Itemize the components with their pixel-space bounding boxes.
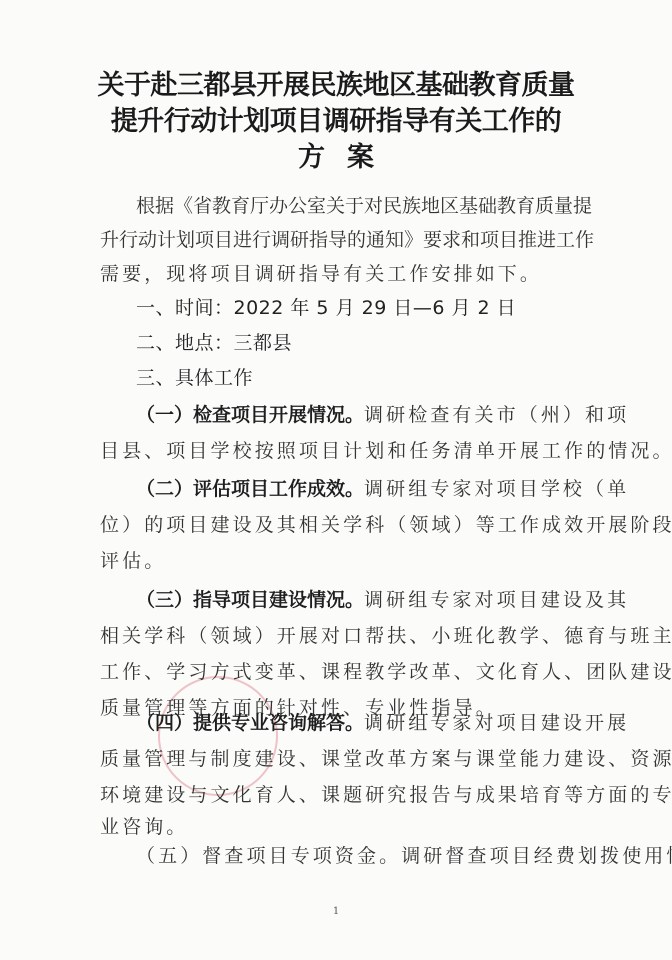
item-5-first-line: （五）督查项目专项资金。调研督查项目经费划拨使用情况。 xyxy=(136,844,580,868)
page-number: 1 xyxy=(0,906,672,917)
item-5-heading: （五）督查项目专项资金。 xyxy=(136,845,401,867)
intro-line-1: 根据《省教育厅办公室关于对民族地区基础教育质量提 xyxy=(136,194,580,218)
intro-line-3: 需要，现将项目调研指导有关工作安排如下。 xyxy=(100,262,580,286)
item-2-line-2: 位）的项目建设及其相关学科（领域）等工作成效开展阶段性 xyxy=(100,513,580,537)
item-2-heading: （二）评估项目工作成效。 xyxy=(136,478,364,500)
item-1-first-line: （一）检查项目开展情况。调研检查有关市（州）和项 xyxy=(136,403,580,427)
official-seal-stamp xyxy=(158,676,278,796)
item-2-text: 调研组专家对项目学校（单 xyxy=(364,478,629,500)
item-3-line-2: 相关学科（领域）开展对口帮扶、小班化教学、德育与班主任 xyxy=(100,624,580,648)
item-1-heading: （一）检查项目开展情况。 xyxy=(136,404,364,426)
item-4-line-3: 环境建设与文化育人、课题研究报告与成果培育等方面的专 xyxy=(100,783,580,807)
item-2-first-line: （二）评估项目工作成效。调研组专家对项目学校（单 xyxy=(136,477,580,501)
item-3-text: 调研组专家对项目建设及其 xyxy=(364,589,629,611)
document-page: 关于赴三都县开展民族地区基础教育质量 提升行动计划项目调研指导有关工作的 方案 … xyxy=(0,0,672,960)
item-1-line-2: 目县、项目学校按照项目计划和任务清单开展工作的情况。 xyxy=(100,439,580,463)
document-title-line-1: 关于赴三都县开展民族地区基础教育质量 xyxy=(90,68,582,104)
item-3-first-line: （三）指导项目建设情况。调研组专家对项目建设及其 xyxy=(136,588,580,612)
item-3-heading: （三）指导项目建设情况。 xyxy=(136,589,364,611)
section-work: 三、具体工作 xyxy=(136,366,580,390)
document-title-line-3: 方案 xyxy=(90,140,582,176)
item-3-line-3: 工作、学习方式变革、课程教学改革、文化育人、团队建设、 xyxy=(100,660,580,684)
section-location: 二、地点：三都县 xyxy=(136,331,580,355)
item-4-heading: （四）提供专业咨询解答。 xyxy=(136,712,364,734)
item-2-line-3: 评估。 xyxy=(100,549,580,573)
document-title-line-2: 提升行动计划项目调研指导有关工作的 xyxy=(90,104,582,140)
section-time: 一、时间：2022 年 5 月 29 日—6 月 2 日 xyxy=(136,296,580,320)
item-4-first-line: （四）提供专业咨询解答。调研组专家对项目建设开展 xyxy=(136,711,580,735)
intro-line-2: 升行动计划项目进行调研指导的通知》要求和项目推进工作 xyxy=(100,228,580,252)
item-5-text: 调研督查项目经费划拨使用情况。 xyxy=(401,845,672,867)
item-4-line-2: 质量管理与制度建设、课堂改革方案与课堂能力建设、资源 xyxy=(100,747,580,771)
item-4-text: 调研组专家对项目建设开展 xyxy=(364,712,629,734)
item-4-line-4: 业咨询。 xyxy=(100,815,580,839)
item-1-text: 调研检查有关市（州）和项 xyxy=(364,404,629,426)
